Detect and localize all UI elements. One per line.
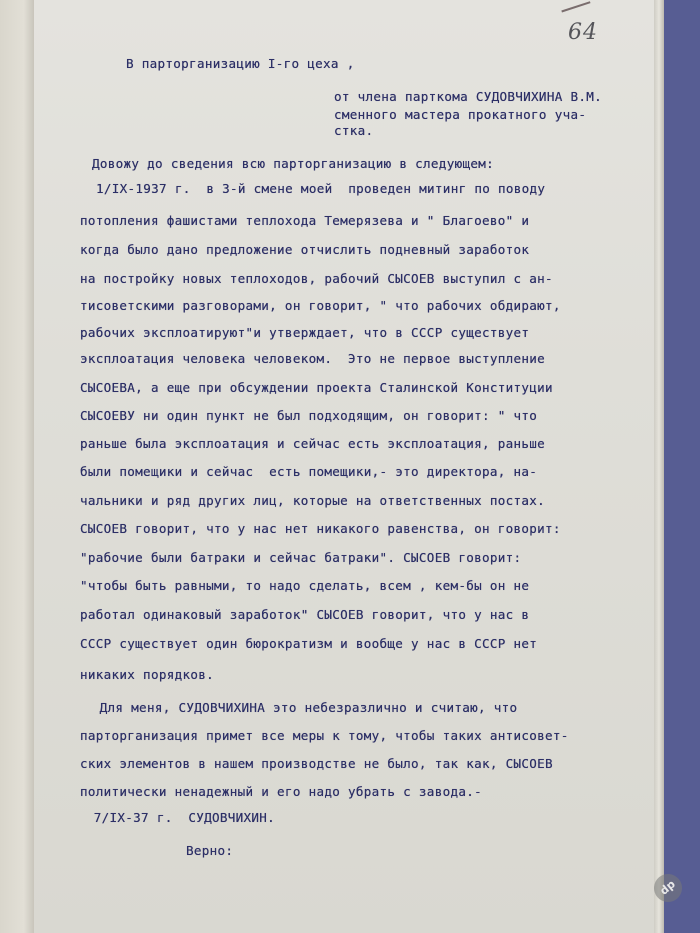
body-line: на постройку новых теплоходов, рабочий С… (80, 271, 553, 286)
certification-label: Верно: (186, 843, 233, 858)
body-line: потопления фашистами теплохода Темерязев… (80, 213, 529, 228)
body-line: работал одинаковый заработок" СЫСОЕВ гов… (80, 607, 529, 622)
body-line: тисоветскими разговорами, он говорит, " … (80, 298, 561, 313)
body-line: эксплоатация человека человеком. Это не … (80, 351, 545, 366)
body-line: рабочих эксплоатируют"и утверждает, что … (80, 325, 529, 340)
body-line: никаких порядков. (80, 667, 214, 682)
intro-line: Довожу до сведения всю парторганизацию в… (92, 156, 494, 171)
body-line: СЫСОЕВУ ни один пункт не был подходящим,… (80, 408, 537, 423)
folder-backing (664, 0, 700, 933)
body-line: чальники и ряд других лиц, которые на от… (80, 493, 545, 508)
body-line: когда было дано предложение отчислить по… (80, 242, 529, 257)
body-line: СЫСОЕВ говорит, что у нас нет никакого р… (80, 521, 561, 536)
body-line: "чтобы быть равными, то надо сделать, вс… (80, 578, 529, 593)
body-line: 1/IX-1937 г. в 3-й смене моей проведен м… (96, 181, 545, 196)
sheet-edge (654, 0, 664, 933)
conclusion-line: Для меня, СУДОВЧИХИНА это небезразлично … (76, 700, 517, 715)
adjacent-page-edge (0, 0, 35, 933)
body-line: СССР существует один бюрократизм и вообщ… (80, 636, 537, 651)
conclusion-line: ских элементов в нашем производстве не б… (80, 756, 553, 771)
sender-line-1: от члена парткома СУДОВЧИХИНА В.М. (334, 89, 602, 104)
addressee: В парторганизацию I-го цеха , (126, 56, 355, 71)
folio-number: 64 (568, 20, 598, 45)
body-line: СЫСОЕВА, а еще при обсуждении проекта Ст… (80, 380, 553, 395)
conclusion-line: парторганизация примет все меры к тому, … (80, 728, 569, 743)
conclusion-line: политически ненадежный и его надо убрать… (80, 784, 482, 799)
body-line: "рабочие были батраки и сейчас батраки".… (80, 550, 521, 565)
sender-line-3: стка. (334, 123, 373, 138)
signature-line: 7/IX-37 г. СУДОВЧИХИН. (78, 810, 275, 825)
body-line: были помещики и сейчас есть помещики,- э… (80, 464, 537, 479)
sender-line-2: сменного мастера прокатного уча- (334, 107, 586, 122)
body-line: раньше была эксплоатация и сейчас есть э… (80, 436, 545, 451)
